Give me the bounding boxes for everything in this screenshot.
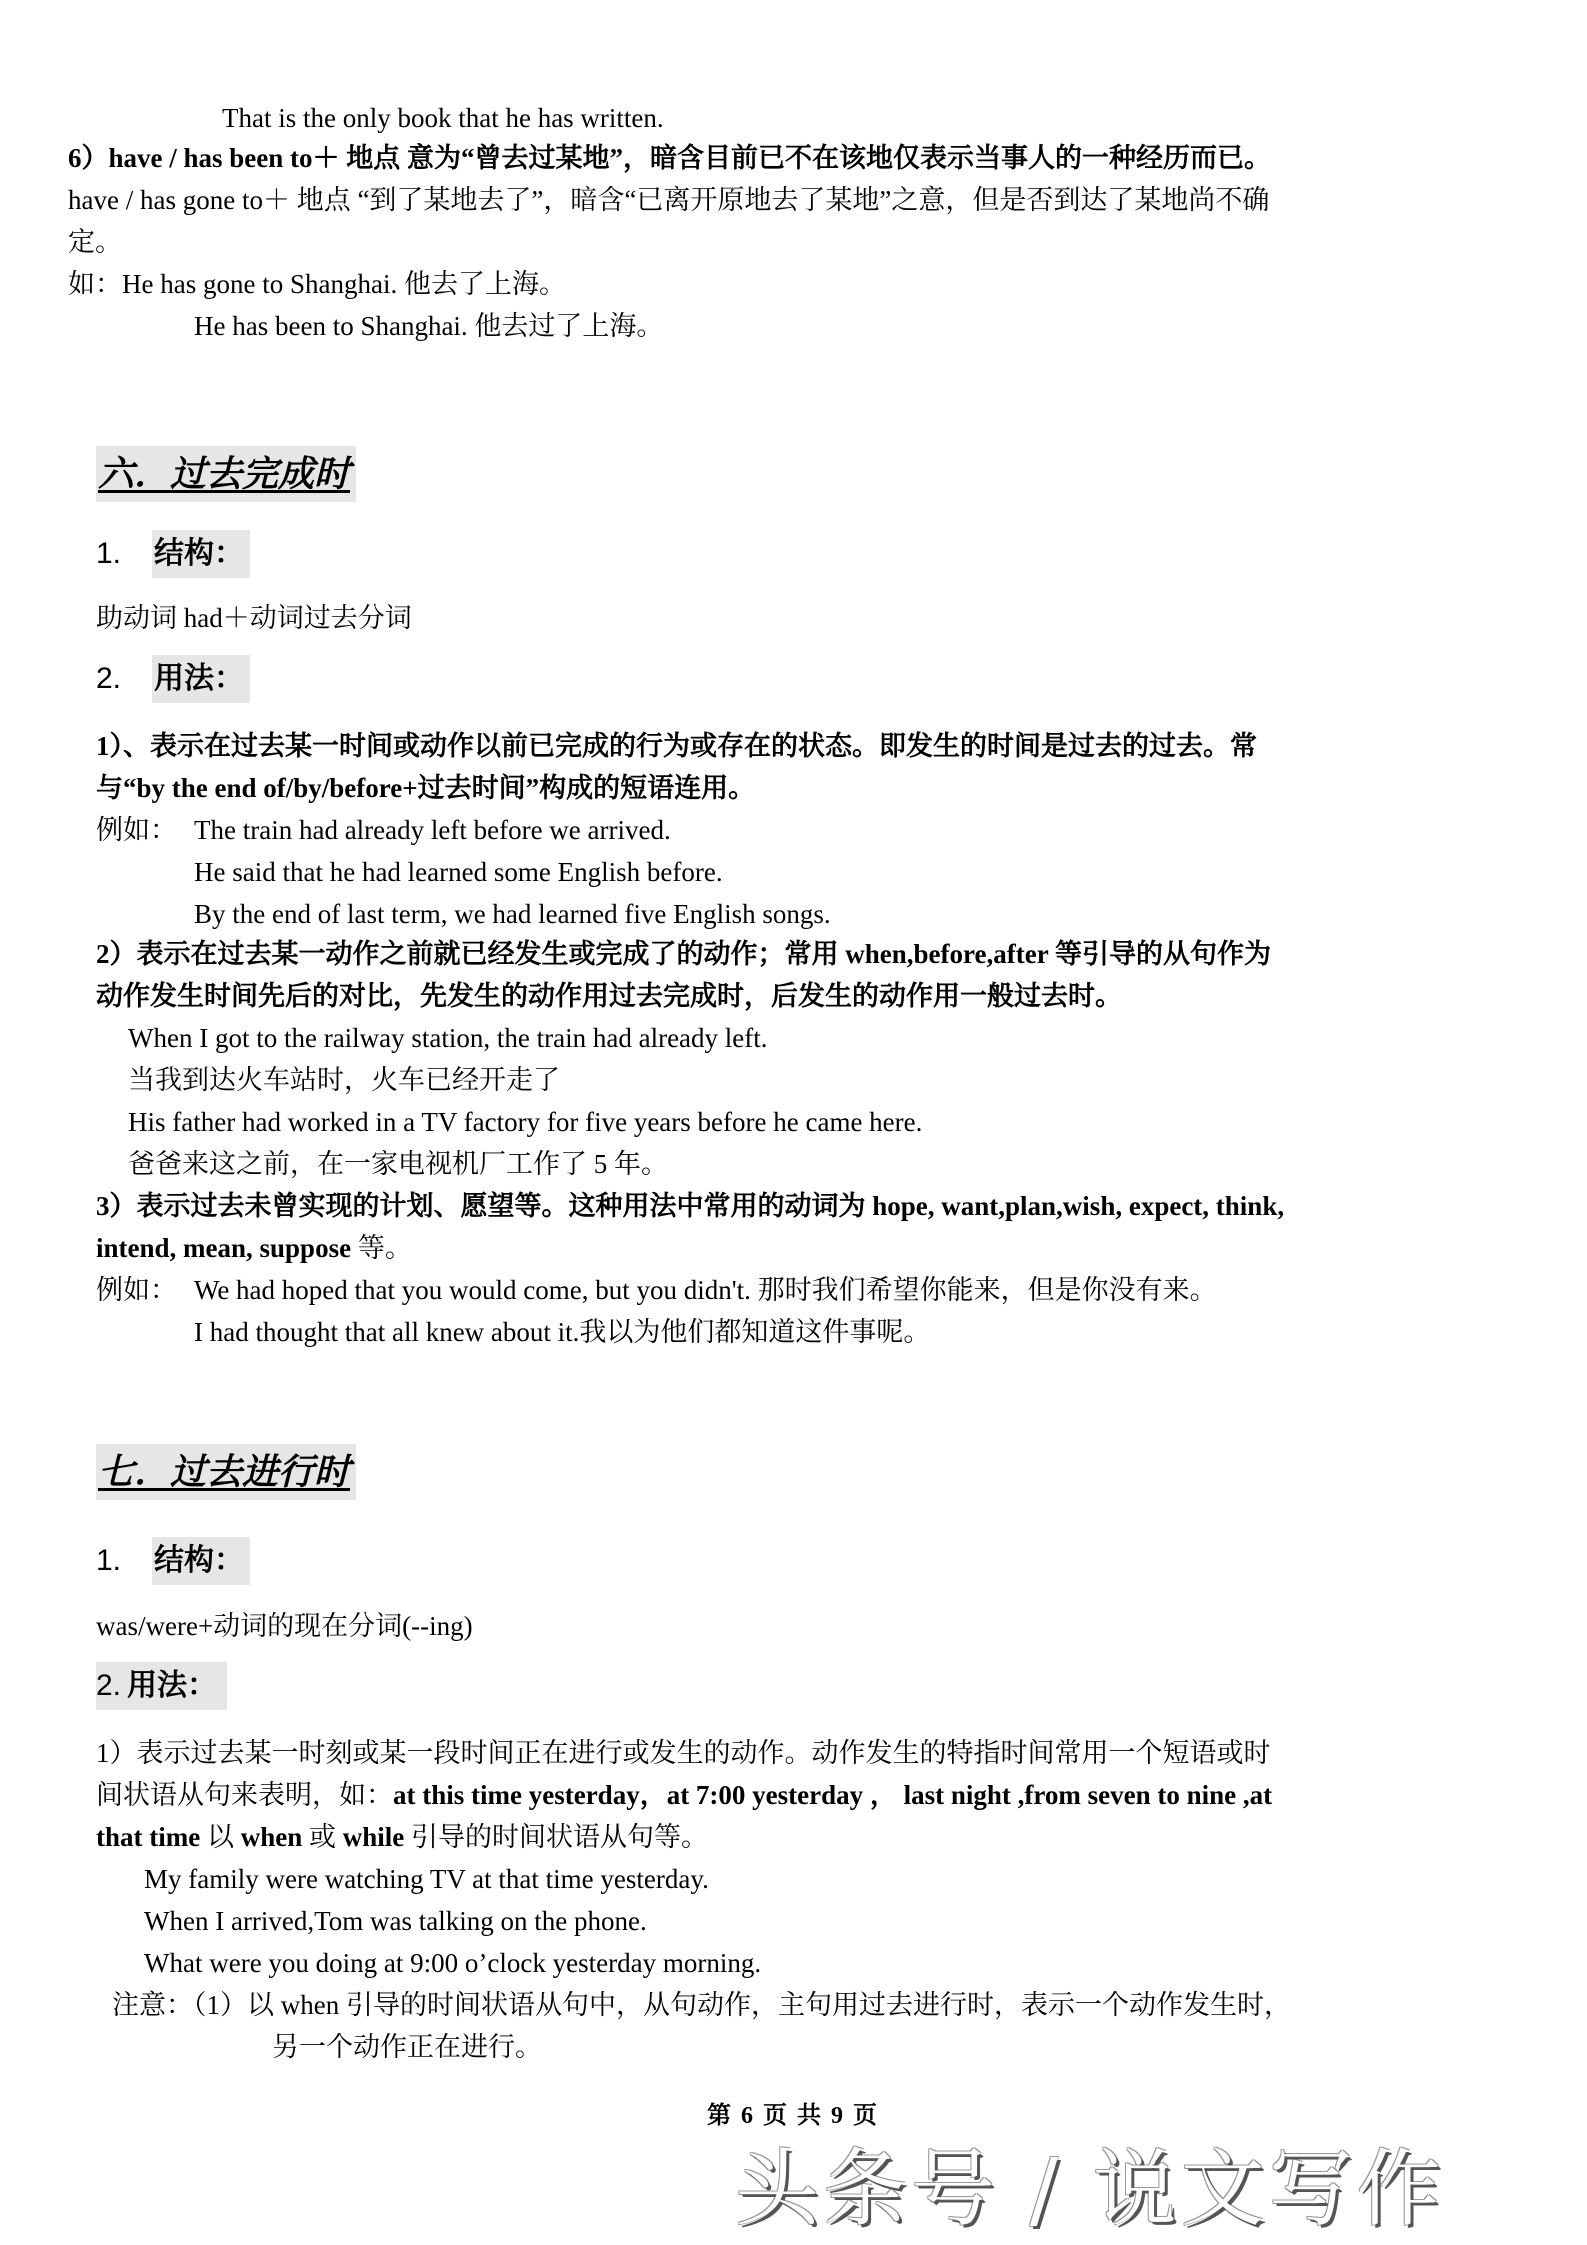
subheading-label: 结构：: [152, 530, 250, 578]
example-sentence: By the end of last term, we had learned …: [194, 896, 831, 932]
subheading-number: 1.: [96, 530, 152, 578]
text-run: when: [241, 1822, 303, 1852]
subheading-label: 结构：: [152, 1537, 250, 1585]
item6-been-to: 6）have / has been to＋ 地点 意为“曾去过某地”，暗含目前已…: [68, 140, 1271, 176]
section-heading-past-continuous: 七．过去进行时: [96, 1444, 356, 1500]
text-run: 以: [200, 1822, 241, 1852]
text-run: 引导的时间状语从句等。: [404, 1822, 708, 1852]
example-sentence: What were you doing at 9:00 o’clock yest…: [144, 1945, 761, 1981]
example-sentence: That is the only book that he has writte…: [222, 100, 664, 136]
subheading-label: 用法：: [152, 655, 250, 703]
example-label: 例如：: [96, 1272, 177, 1308]
gone-to-line-1: have / has gone to＋ 地点 “到了某地去了”，暗含“已离开原地…: [68, 182, 1269, 218]
text-run: that time: [96, 1822, 200, 1852]
note-line-2: 另一个动作正在进行。: [272, 2029, 542, 2065]
example-sentence: His father had worked in a TV factory fo…: [128, 1104, 922, 1140]
example-label: 例如：: [96, 812, 177, 848]
usage-2-line-2: 动作发生时间先后的对比，先发生的动作用过去完成时，后发生的动作用一般过去时。: [96, 978, 1122, 1014]
subheading-label: 用法：: [127, 1662, 217, 1710]
example-sentence: The train had already left before we arr…: [194, 812, 671, 848]
usage-1-line-2: 间状语从句来表明，如：at this time yesterday，at 7:0…: [96, 1777, 1272, 1813]
subheading-usage: 2.用法：: [96, 655, 250, 703]
text-run: “by the end of/by/before+: [123, 773, 418, 803]
note-line-1: 注意：（1）以 when 引导的时间状语从句中，从句动作，主句用过去进行时，表示…: [112, 1987, 1291, 2023]
gone-to-line-2: 定。: [68, 224, 122, 260]
text-run: 间状语从句来表明，如：: [96, 1780, 393, 1810]
example-translation: 爸爸来这之前，在一家电视机厂工作了 5 年。: [128, 1146, 668, 1182]
usage-1-line-1: 1）、表示在过去某一时间或动作以前已完成的行为或存在的状态。即发生的时间是过去的…: [96, 728, 1257, 764]
example-sentence: When I got to the railway station, the t…: [128, 1020, 768, 1056]
example-sentence: My family were watching TV at that time …: [144, 1861, 709, 1897]
text-run: intend, mean, suppose: [96, 1233, 351, 1263]
usage-1-line-1: 1）表示过去某一时刻或某一段时间正在进行或发生的动作。动作发生的特指时间常用一个…: [96, 1735, 1271, 1771]
subheading-number: 2.: [96, 655, 152, 703]
structure-content: 助动词 had＋动词过去分词: [96, 600, 412, 636]
example-translation: 当我到达火车站时，火车已经开走了: [128, 1062, 560, 1098]
text-run: while: [343, 1822, 405, 1852]
text-run: 等。: [351, 1233, 412, 1263]
example-sentence: When I arrived,Tom was talking on the ph…: [144, 1903, 647, 1939]
usage-1-line-2: 与“by the end of/by/before+过去时间”构成的短语连用。: [96, 770, 755, 806]
usage-1-line-3: that time 以 when 或 while 引导的时间状语从句等。: [96, 1819, 708, 1855]
text-run: 等引导的从句作为: [1048, 939, 1271, 969]
subheading-usage: 2.用法：: [96, 1662, 227, 1710]
example-sentence: He said that he had learned some English…: [194, 854, 723, 890]
text-run: 与: [96, 773, 123, 803]
text-run: 或: [302, 1822, 343, 1852]
item6-rest: 地点 意为“曾去过某地”，暗含目前已不在该地仅表示当事人的一种经历而已。: [346, 143, 1271, 173]
text-run: 过去时间”构成的短语连用。: [418, 773, 756, 803]
usage-3-line-1: 3）表示过去未曾实现的计划、愿望等。这种用法中常用的动词为 hope, want…: [96, 1188, 1284, 1224]
subheading-structure: 1.结构：: [96, 1537, 250, 1585]
usage-2-line-1: 2）表示在过去某一动作之前就已经发生或完成了的动作；常用 when,before…: [96, 936, 1271, 972]
subheading-number: 2.: [96, 1662, 121, 1710]
structure-content: was/were+动词的现在分词(--ing): [96, 1608, 473, 1644]
example-sentence: I had thought that all knew about it.我以为…: [194, 1314, 930, 1350]
example-gone: 如：He has gone to Shanghai. 他去了上海。: [68, 266, 566, 302]
text-run: when,before,after: [845, 939, 1048, 969]
example-sentence: We had hoped that you would come, but yo…: [194, 1272, 1217, 1308]
example-been: He has been to Shanghai. 他去过了上海。: [194, 308, 663, 344]
subheading-structure: 1.结构：: [96, 530, 250, 578]
text-run: 2）表示在过去某一动作之前就已经发生或完成了的动作；常用: [96, 939, 845, 969]
item6-prefix: 6）have / has been to＋: [68, 143, 346, 173]
watermark: 头条号 / 说文写作: [735, 2122, 1445, 2243]
text-run: at this time yesterday，at 7:00 yesterday…: [393, 1780, 1272, 1810]
subheading-number: 1.: [96, 1537, 152, 1585]
text-run: 3）表示过去未曾实现的计划、愿望等。这种用法中常用的动词为: [96, 1191, 872, 1221]
text-run: hope, want,plan,wish, expect, think,: [872, 1191, 1284, 1221]
usage-3-line-2: intend, mean, suppose 等。: [96, 1230, 412, 1266]
section-heading-past-perfect: 六．过去完成时: [96, 446, 356, 502]
